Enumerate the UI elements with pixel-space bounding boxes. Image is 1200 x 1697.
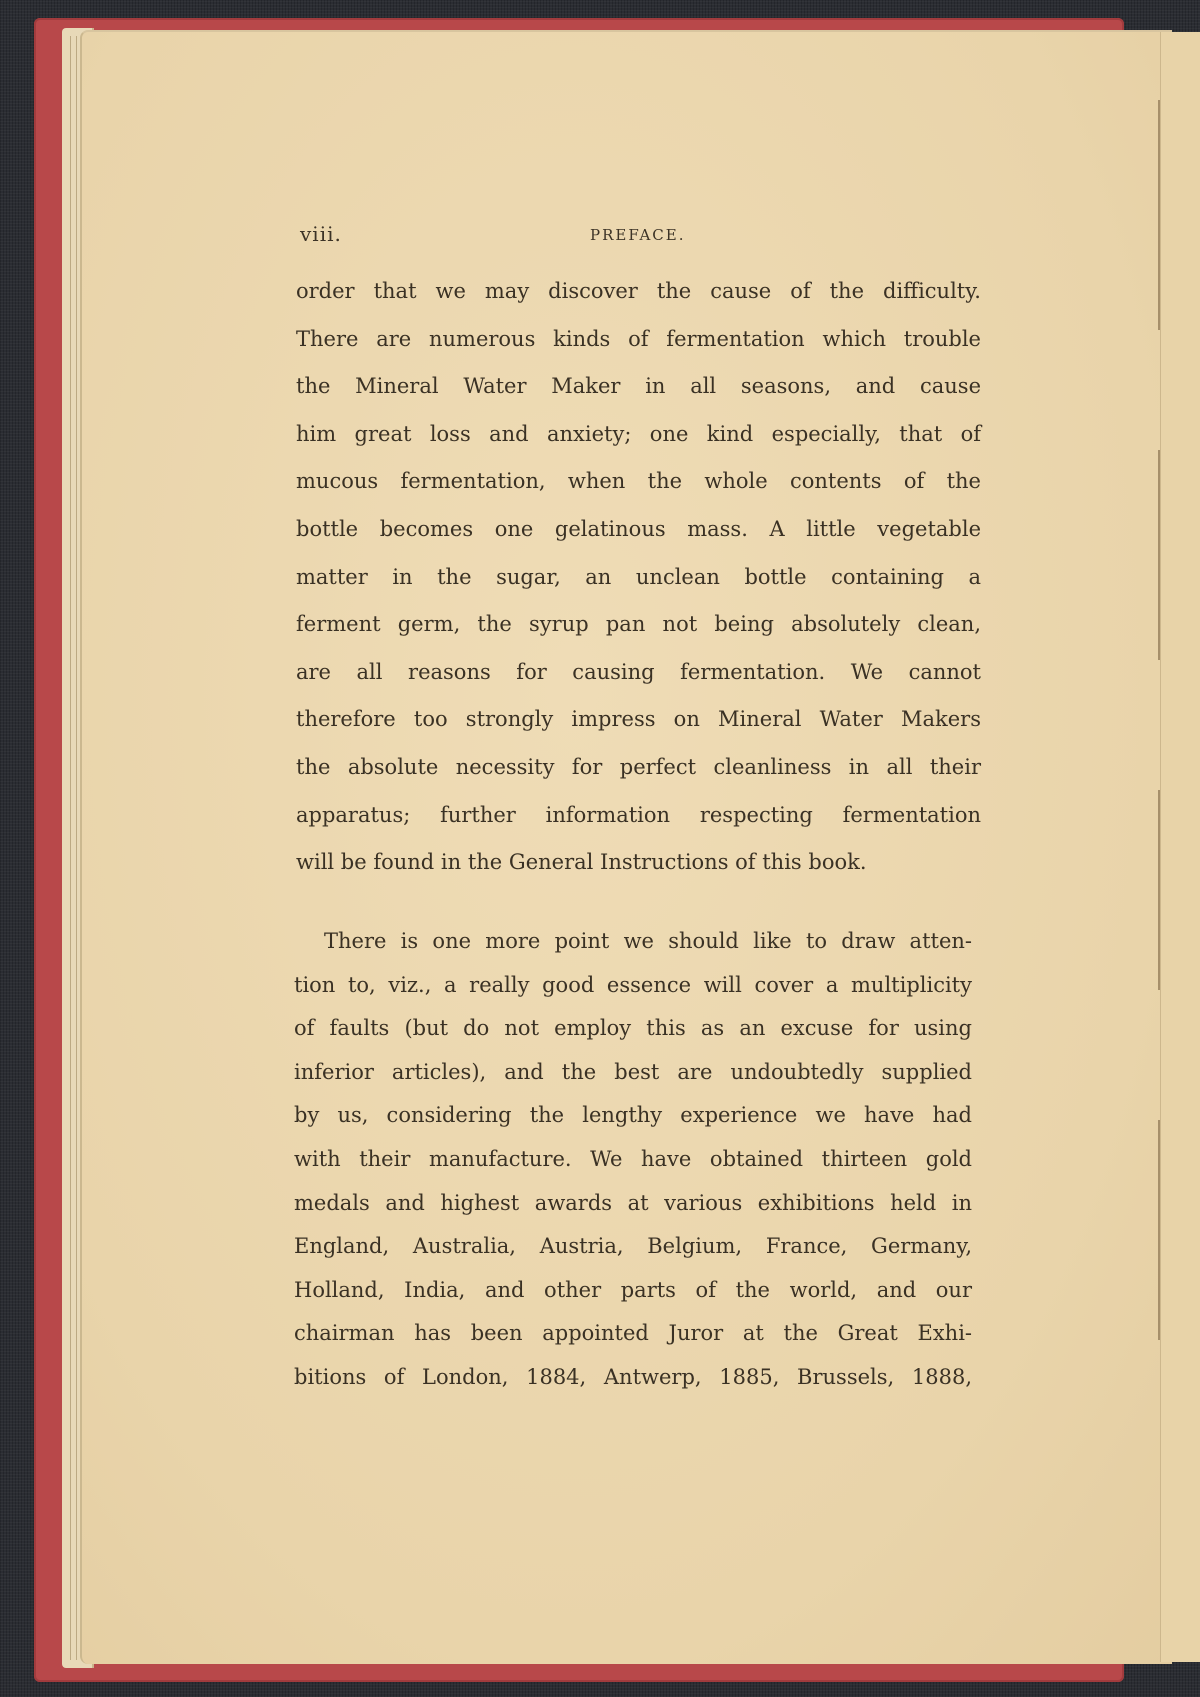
text-line: apparatus; further information respectin… [296,792,981,840]
page-edge-line [70,36,71,1660]
text-line: of faults (but do not employ this as an … [294,1007,972,1051]
gutter-line [1158,790,1160,990]
running-title: PREFACE. [590,226,685,244]
text-line: the Mineral Water Maker in all seasons, … [296,363,981,411]
gutter-line [1158,450,1160,660]
text-line: will be found in the General Instruction… [296,839,981,887]
text-line: There are numerous kinds of fermentation… [296,316,981,364]
text-line: bitions of London, 1884, Antwerp, 1885, … [294,1356,972,1400]
text-line: There is one more point we should like t… [294,920,972,964]
text-line: chairman has been appointed Juror at the… [294,1312,972,1356]
text-line: medals and highest awards at various exh… [294,1182,972,1226]
page-edge-line [76,36,77,1660]
paragraph-2: There is one more point we should like t… [294,920,972,1400]
text-line: order that we may discover the cause of … [296,268,981,316]
text-line: by us, considering the lengthy experienc… [294,1094,972,1138]
text-line: bottle becomes one gelatinous mass. A li… [296,506,981,554]
text-line: therefore too strongly impress on Minera… [296,696,981,744]
facing-page-edge [1160,32,1200,1662]
text-line: are all reasons for causing fermentation… [296,649,981,697]
gutter-line [1158,1120,1160,1340]
text-line: ferment germ, the syrup pan not being ab… [296,601,981,649]
text-line: mucous fermentation, when the whole cont… [296,458,981,506]
gutter-line [1158,100,1160,330]
text-line: him great loss and anxiety; one kind esp… [296,411,981,459]
page-header: viii. PREFACE. [300,222,980,252]
text-line: matter in the sugar, an unclean bottle c… [296,554,981,602]
text-line: the absolute necessity for perfect clean… [296,744,981,792]
paragraph-1: order that we may discover the cause of … [296,268,981,887]
page-number: viii. [300,222,342,246]
text-line: inferior articles), and the best are und… [294,1051,972,1095]
text-line: England, Australia, Austria, Belgium, Fr… [294,1225,972,1269]
text-line: Holland, India, and other parts of the w… [294,1269,972,1313]
text-line: tion to, viz., a really good essence wil… [294,964,972,1008]
text-line: with their manufacture. We have obtained… [294,1138,972,1182]
